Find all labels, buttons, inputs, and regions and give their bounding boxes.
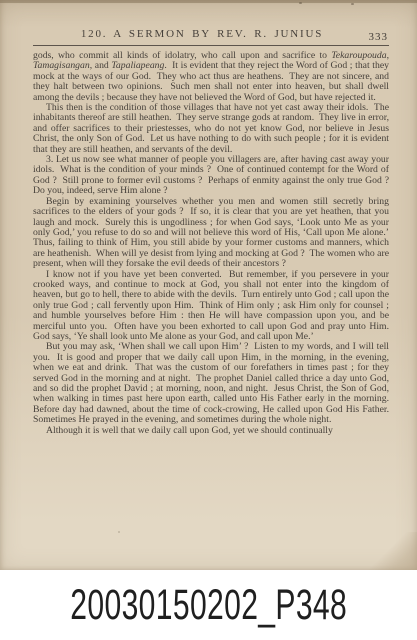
paragraph: This then is the condition of those vill… (33, 103, 389, 155)
deity-name-italic: Tamagisangan (33, 60, 90, 71)
scanned-book-page: 120. A SERMON BY REV. R. JUNIUS 333 gods… (0, 0, 417, 570)
header-rule (33, 45, 389, 46)
paragraph: Begin by examining yourselves whether yo… (33, 197, 389, 270)
text-run: I know not if you have yet been converte… (33, 269, 394, 342)
screenshot-root: 120. A SERMON BY REV. R. JUNIUS 333 gods… (0, 0, 417, 640)
archive-id-label: 20030150202_P348 (70, 581, 347, 630)
text-run: , (387, 50, 392, 61)
text-run: This then is the condition of those vill… (33, 102, 391, 155)
text-run: gods, who commit all kinds of idolatry, … (33, 50, 331, 61)
text-run: But you may ask, ‘When shall we call upo… (33, 341, 394, 425)
page-header: 120. A SERMON BY REV. R. JUNIUS 333 (33, 28, 389, 44)
paper-speck (118, 531, 120, 533)
text-run: 3. Let us now see what manner of people … (33, 154, 394, 196)
paper-speck (299, 2, 302, 4)
sermon-text: gods, who commit all kinds of idolatry, … (33, 51, 389, 436)
paragraph: Although it is well that we daily call u… (33, 426, 389, 436)
paragraph: I know not if you have yet been converte… (33, 270, 389, 343)
deity-name-italic: Tekaroupouda (331, 50, 386, 61)
page-corner-shadow (365, 532, 417, 570)
paragraph: But you may ask, ‘When shall we call upo… (33, 342, 389, 425)
text-run: Although it is well that we daily call u… (46, 425, 333, 436)
paper-speck (351, 3, 354, 5)
archive-footer: 20030150202_P348 (0, 570, 417, 640)
page-number: 333 (369, 31, 389, 43)
deity-name-italic: Tapaliapeang (111, 60, 164, 71)
paragraph: gods, who commit all kinds of idolatry, … (33, 51, 389, 103)
running-title: 120. A SERMON BY REV. R. JUNIUS (33, 28, 389, 40)
text-run: Begin by examining yourselves whether yo… (33, 196, 394, 269)
paragraph: 3. Let us now see what manner of people … (33, 155, 389, 197)
text-run: , and (90, 60, 112, 71)
